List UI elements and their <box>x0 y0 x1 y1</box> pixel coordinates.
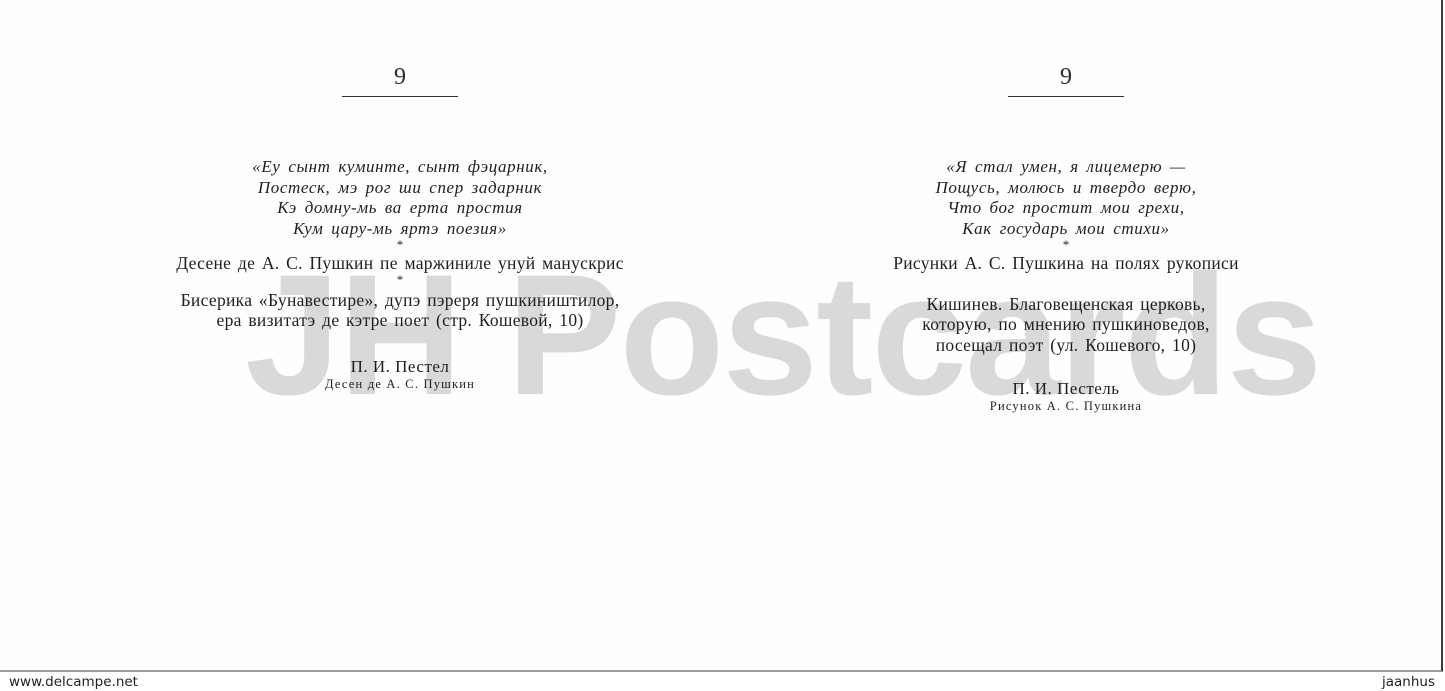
page-number-rule <box>1008 96 1124 97</box>
separator-asterisk: * <box>766 239 1366 251</box>
seller-credit: jaanhus <box>1382 674 1435 691</box>
postcard: JH Postcards 9 «Еу сынт куминте, сынт фэ… <box>0 0 1443 672</box>
separator-asterisk: * <box>100 239 700 251</box>
verse-line: Пощусь, молюсь и твердо верю, <box>766 178 1366 199</box>
verse-line: «Я стал умен, я лицемерю — <box>766 157 1366 178</box>
verse: «Еу сынт куминте, сынт фэцарник, Постеск… <box>100 157 700 239</box>
page-number: 9 <box>100 62 700 92</box>
caption-line: посещал поэт (ул. Кошевого, 10) <box>766 335 1366 356</box>
author-caption: Рисунок А. С. Пушкина <box>766 399 1366 414</box>
caption-line: Кишинев. Благовещенская церковь, <box>766 294 1366 315</box>
left-page: 9 «Еу сынт куминте, сынт фэцарник, Посте… <box>100 62 700 392</box>
caption-line: ера визитатэ де кэтре поет (стр. Кошевой… <box>100 310 700 331</box>
verse: «Я стал умен, я лицемерю — Пощусь, молюс… <box>766 157 1366 239</box>
verse-line: Кэ домну-мь ва ерта простия <box>100 198 700 219</box>
page-number-rule <box>342 96 458 97</box>
separator-asterisk: * <box>100 274 700 286</box>
caption-drawings: Десене де А. С. Пушкин пе маржиниле унуй… <box>100 253 700 274</box>
right-page: 9 «Я стал умен, я лицемерю — Пощусь, мол… <box>766 62 1366 414</box>
caption-drawings: Рисунки А. С. Пушкина на полях рукописи <box>766 253 1366 274</box>
author-caption: Десен де А. С. Пушкин <box>100 377 700 392</box>
author-name: П. И. Пестел <box>100 357 700 377</box>
verse-line: Как государь мои стихи» <box>766 219 1366 240</box>
caption-line: Бисерика «Бунавестире», дупэ пэреря пушк… <box>100 290 700 311</box>
caption-church: Кишинев. Благовещенская церковь, которую… <box>766 294 1366 356</box>
verse-line: Постеск, мэ рог ши спер задарник <box>100 178 700 199</box>
author-name: П. И. Пестель <box>766 379 1366 399</box>
caption-church: Бисерика «Бунавестире», дупэ пэреря пушк… <box>100 290 700 331</box>
page-number: 9 <box>766 62 1366 92</box>
verse-line: «Еу сынт куминте, сынт фэцарник, <box>100 157 700 178</box>
source-credit: www.delcampe.net <box>9 674 138 691</box>
caption-line: которую, по мнению пушкиноведов, <box>766 314 1366 335</box>
verse-line: Кум цару-мь яртэ поезия» <box>100 219 700 240</box>
verse-line: Что бог простит мои грехи, <box>766 198 1366 219</box>
